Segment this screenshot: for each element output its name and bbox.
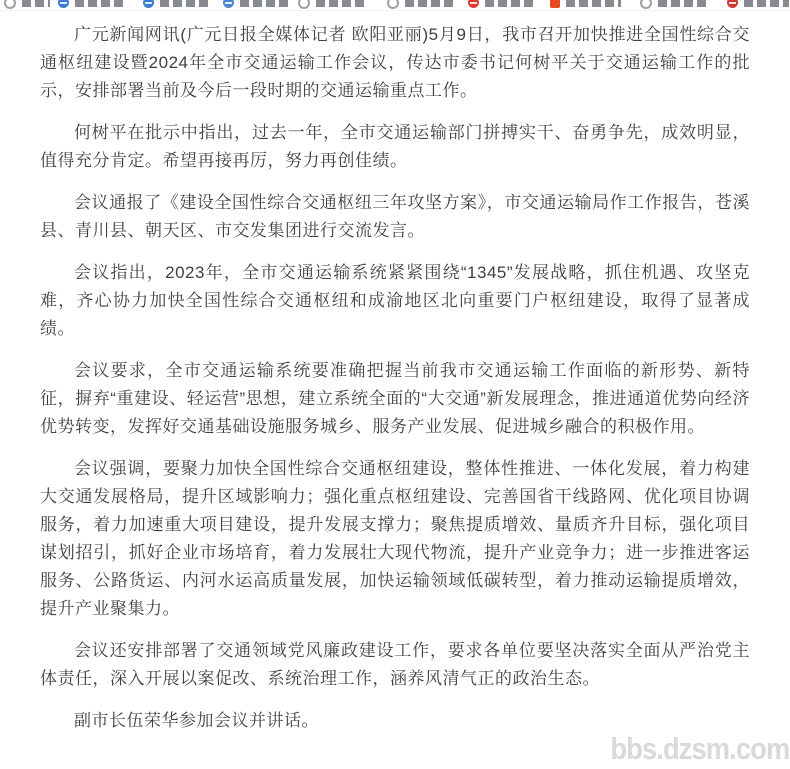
bookmark-item[interactable]: [143, 0, 212, 10]
bookmark-item[interactable]: [727, 0, 789, 10]
watermark: bbs.dzsm.com: [610, 731, 789, 767]
favicon-red-icon: [468, 0, 479, 8]
bookmark-item[interactable]: [550, 0, 621, 10]
favicon-gray-ring-icon: [640, 0, 652, 9]
article: 广元新闻网讯(广元日报全媒体记者 欧阳亚丽)5月9日，我市召开加快推进全国性综合…: [0, 11, 790, 735]
bookmark-item[interactable]: [640, 0, 708, 10]
bookmark-label: [485, 0, 537, 7]
favicon-orange-square-icon: [550, 0, 560, 8]
bookmark-item[interactable]: [298, 0, 368, 10]
bookmark-label: [160, 0, 212, 7]
bookmark-label: [566, 0, 621, 7]
paragraph: 会议通报了《建设全国性综合交通枢纽三年攻坚方案》，市交通运输局作工作报告，苍溪县…: [40, 189, 750, 245]
bookmark-label: [658, 0, 708, 7]
bookmark-item[interactable]: [387, 0, 457, 10]
bookmarks-bar: [0, 0, 790, 11]
bookmark-label: [744, 0, 789, 7]
paragraph: 广元新闻网讯(广元日报全媒体记者 欧阳亚丽)5月9日，我市召开加快推进全国性综合…: [40, 21, 750, 105]
favicon-gray-ring-icon: [298, 0, 310, 9]
bookmark-item[interactable]: [468, 0, 537, 10]
bookmark-item[interactable]: [58, 0, 127, 10]
bookmark-item[interactable]: [4, 0, 50, 10]
paragraph: 会议要求，全市交通运输系统要准确把握当前我市交通运输工作面临的新形势、新特征，摒…: [40, 357, 750, 441]
favicon-gray-ring-icon: [4, 0, 16, 9]
bookmark-item[interactable]: [223, 0, 290, 10]
paragraph: 会议指出，2023年，全市交通运输系统紧紧围绕“1345”发展战略，抓住机遇、攻…: [40, 259, 750, 343]
bookmark-label: [240, 0, 290, 7]
bookmark-label: [405, 0, 457, 7]
bookmark-label: [22, 0, 50, 7]
favicon-blue-icon: [58, 0, 69, 8]
favicon-blue-icon: [223, 0, 234, 8]
paragraph: 会议还安排部署了交通领域党风廉政建设工作，要求各单位要坚决落实全面从严治党主体责…: [40, 637, 750, 693]
paragraph: 何树平在批示中指出，过去一年，全市交通运输部门拼搏实干、奋勇争先，成效明显，值得…: [40, 119, 750, 175]
favicon-red-icon: [727, 0, 738, 8]
bookmark-label: [75, 0, 127, 7]
favicon-gray-ring-icon: [387, 0, 399, 9]
favicon-blue-icon: [143, 0, 154, 8]
bookmark-label: [316, 0, 368, 7]
paragraph: 会议强调，要聚力加快全国性综合交通枢纽建设，整体性推进、一体化发展，着力构建大交…: [40, 455, 750, 623]
